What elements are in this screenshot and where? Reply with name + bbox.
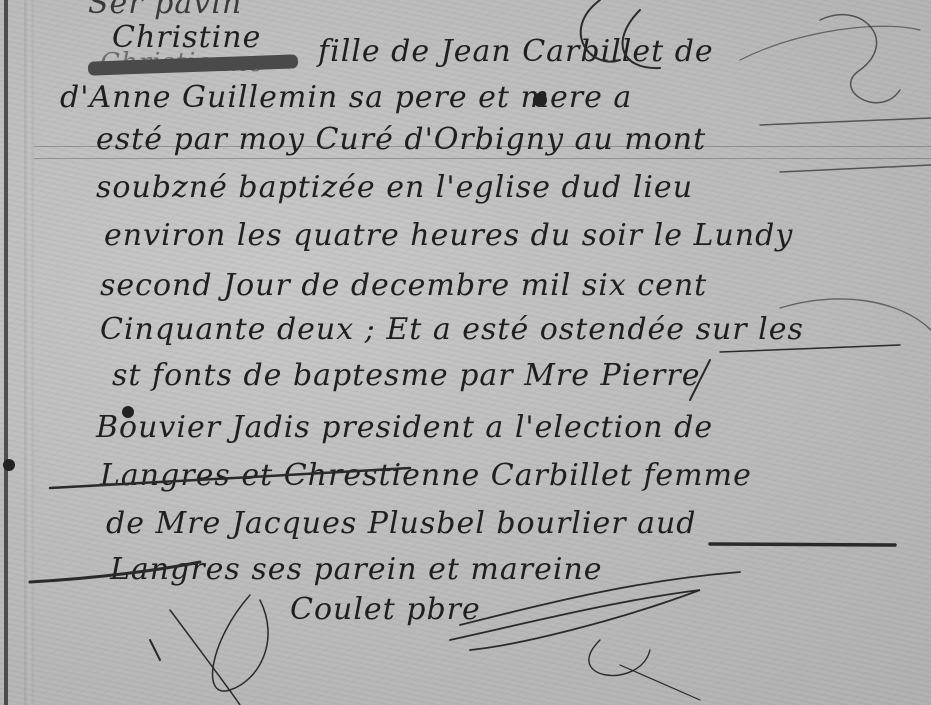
entry-line-9: Bouvier Jadis president a l'election de [96, 410, 713, 445]
entry-line-8: st fonts de baptesme par Mre Pierre [112, 358, 700, 393]
entry-line-6: second Jour de decembre mil six cent [100, 268, 707, 303]
entry-line-4: soubzné baptizée en l'eglise dud lieu [96, 170, 693, 205]
priest-signature: Coulet pbre [290, 592, 481, 627]
page-fold [24, 0, 34, 705]
entry-line-10: Langres et Chrestienne Carbillet femme [100, 458, 752, 493]
ruled-line [34, 158, 931, 159]
entry-line-1: fille de Jean Carbillet de [318, 34, 714, 69]
entry-line-11: de Mre Jacques Plusbel bourlier aud [106, 506, 697, 541]
register-page: Ser pavin Christine Christienne fille de… [0, 0, 931, 705]
entry-line-12: Langres ses parein et mareine [110, 552, 603, 587]
entry-line-7: Cinquante deux ; Et a esté ostendée sur … [100, 312, 804, 347]
entry-line-3: esté par moy Curé d'Orbigny au mont [96, 122, 706, 157]
margin-rule [4, 0, 8, 705]
entry-line-2: d'Anne Guillemin sa pere et mere a [60, 80, 632, 115]
entry-line-5: environ les quatre heures du soir le Lun… [104, 218, 793, 253]
previous-entry-fragment: Ser pavin [88, 0, 242, 21]
